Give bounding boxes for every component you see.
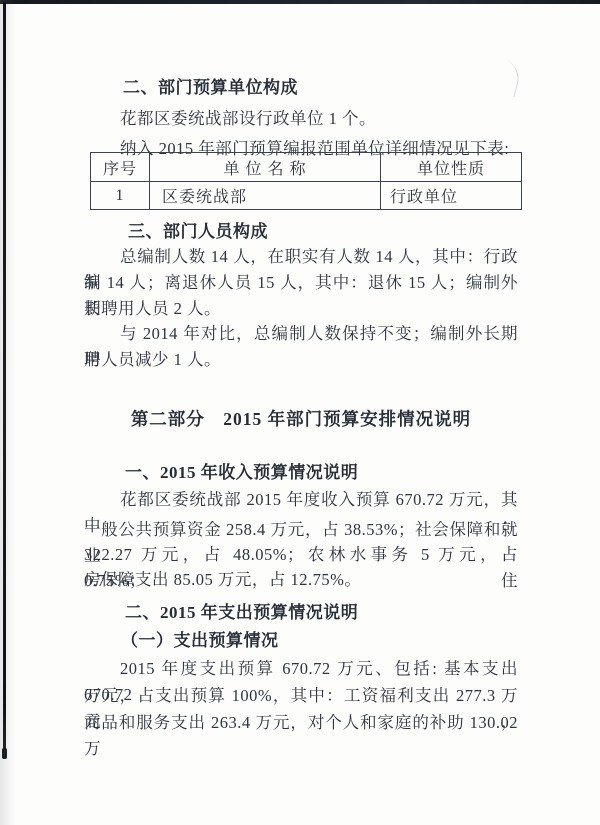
expense-line-3: 商品和服务支出 263.4 万元，对个人和家庭的补助 130.02 万 bbox=[84, 710, 518, 736]
expense-line-2: 万元，占支出预算 100%，其中：工资福利支出 277.3 万元， bbox=[84, 683, 518, 709]
table-header-name: 单 位 名 称 bbox=[150, 153, 381, 182]
expense-heading: 二、2015 年支出预算情况说明 bbox=[125, 600, 358, 626]
table-header-type: 单位性质 bbox=[381, 153, 522, 182]
scan-top-edge-artifact bbox=[0, 0, 600, 4]
expense-sub-heading: （一）支出预算情况 bbox=[121, 628, 279, 654]
income-heading: 一、2015 年收入预算情况说明 bbox=[125, 460, 358, 486]
scan-left-edge-artifact bbox=[3, 2, 6, 758]
section2-paragraph-1: 花都区委统战部设行政单位 1 个。 bbox=[84, 106, 518, 132]
income-line-3: 322.27 万元，占 48.05%；农林水事务 5 万元，占 0.75%；住 bbox=[84, 542, 518, 568]
section3-line-4: 与 2014 年对比，总编制人数保持不变；编制外长期聘 bbox=[84, 321, 518, 347]
section2-heading: 二、部门预算单位构成 bbox=[123, 75, 298, 101]
income-line-1: 花都区委统战部 2015 年度收入预算 670.72 万元，其中： bbox=[84, 487, 518, 513]
section3-line-3: 期聘用人员 2 人。 bbox=[84, 296, 518, 322]
budget-unit-table: 序号 单 位 名 称 单位性质 1 区委统战部 行政单位 bbox=[90, 152, 522, 210]
section3-heading: 三、部门人员构成 bbox=[128, 219, 268, 245]
table-cell-name: 区委统战部 bbox=[150, 182, 381, 210]
scan-left-edge-blob bbox=[2, 748, 7, 759]
table-header-no: 序号 bbox=[91, 153, 150, 182]
table-cell-no: 1 bbox=[91, 182, 150, 210]
scan-scratch-artifact bbox=[484, 57, 522, 97]
part2-title: 第二部分 2015 年部门预算安排情况说明 bbox=[84, 406, 518, 431]
expense-line-1: 2015 年度支出预算 670.72 万元、包括: 基本支出 670.72 bbox=[84, 656, 518, 682]
section3-line-1: 总编制人数 14 人，在职实有人数 14 人，其中：行政编 bbox=[84, 244, 518, 270]
income-line-4: 房保障支出 85.05 万元，占 12.75%。 bbox=[84, 567, 518, 593]
table-row: 1 区委统战部 行政单位 bbox=[91, 182, 522, 210]
table-header-row: 序号 单 位 名 称 单位性质 bbox=[91, 153, 522, 182]
section3-line-5: 用人员减少 1 人。 bbox=[84, 347, 518, 373]
section3-line-2: 制 14 人；离退休人员 15 人，其中：退休 15 人；编制外长 bbox=[84, 270, 518, 296]
income-line-2: 一般公共预算资金 258.4 万元，占 38.53%；社会保障和就业 bbox=[84, 517, 518, 543]
table-cell-type: 行政单位 bbox=[381, 182, 522, 210]
scanned-budget-document-page: 二、部门预算单位构成 花都区委统战部设行政单位 1 个。 纳入 2015 年部门… bbox=[0, 0, 600, 825]
